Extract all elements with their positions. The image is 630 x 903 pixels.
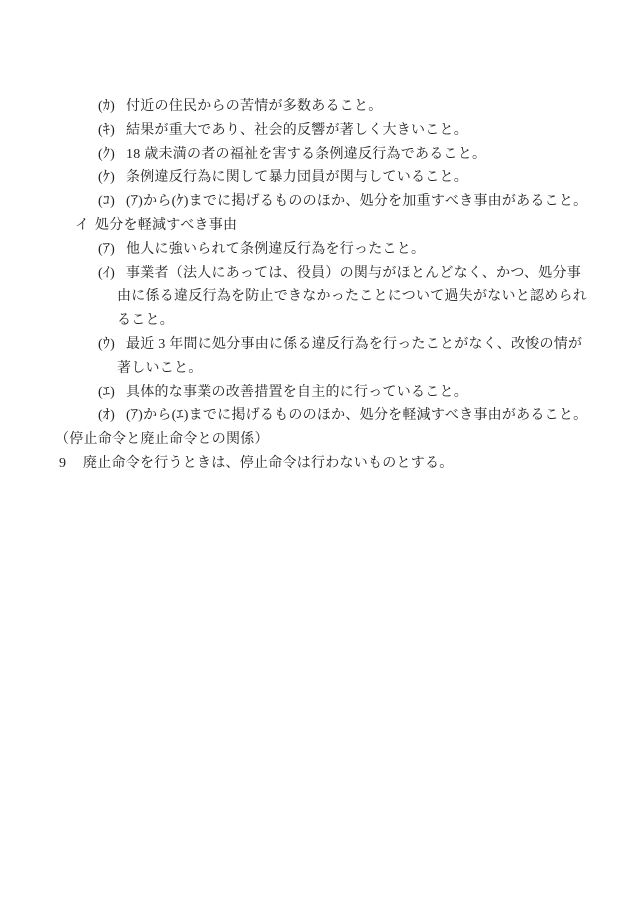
doc-line-section-heading: （停止命令と廃止命令との関係） — [0, 428, 630, 452]
heading-text: 処分を軽減すべき事由 — [95, 218, 237, 233]
doc-line-continuation: ること。 — [0, 309, 630, 333]
doc-line-item-ke: (ｹ)条例違反行為に関して暴力団員が関与していること。 — [0, 166, 630, 190]
item-marker: (ｲ) — [98, 262, 126, 286]
item-marker: (ｹ) — [98, 166, 126, 190]
item-marker: (ｷ) — [98, 119, 126, 143]
doc-line-item-ka: (ｶ)付近の住民からの苦情が多数あること。 — [0, 95, 630, 119]
item-marker: (ｵ) — [98, 404, 126, 428]
article-text: 廃止命令を行うときは、停止命令は行わないものとする。 — [83, 456, 454, 471]
item-marker: (ｳ) — [98, 333, 126, 357]
doc-line-item-o: (ｵ)(ｱ)から(ｴ)までに掲げるもののほか、処分を軽減すべき事由があること。 — [0, 404, 630, 428]
item-text: 具体的な事業の改善措置を自主的に行っていること。 — [126, 385, 468, 400]
item-marker: (ｱ) — [98, 238, 126, 262]
doc-line-item-ku: (ｸ)18 歳未満の者の福祉を害する条例違反行為であること。 — [0, 143, 630, 167]
doc-line-item-ko: (ｺ)(ｱ)から(ｹ)までに掲げるもののほか、処分を加重すべき事由があること。 — [0, 190, 630, 214]
doc-line-item-ki: (ｷ)結果が重大であり、社会的反響が著しく大きいこと。 — [0, 119, 630, 143]
doc-line-continuation: 由に係る違反行為を防止できなかったことについて過失がないと認められ — [0, 285, 630, 309]
doc-line-continuation: 著しいこと。 — [0, 357, 630, 381]
doc-line-item-i2: (ｲ)事業者（法人にあっては、役員）の関与がほとんどなく、かつ、処分事 — [0, 262, 630, 286]
item-text: (ｱ)から(ｹ)までに掲げるもののほか、処分を加重すべき事由があること。 — [126, 194, 587, 209]
continuation-text: 由に係る違反行為を防止できなかったことについて過失がないと認められ — [117, 289, 587, 304]
item-text: 結果が重大であり、社会的反響が著しく大きいこと。 — [126, 123, 468, 138]
doc-line-item-u: (ｳ)最近 3 年間に処分事由に係る違反行為を行ったことがなく、改悛の情が — [0, 333, 630, 357]
heading-marker: イ — [75, 214, 95, 238]
doc-line-article-9: 9廃止命令を行うときは、停止命令は行わないものとする。 — [0, 452, 630, 476]
item-text: 条例違反行為に関して暴力団員が関与していること。 — [126, 170, 468, 185]
continuation-text: ること。 — [117, 313, 174, 328]
document-body: (ｶ)付近の住民からの苦情が多数あること。 (ｷ)結果が重大であり、社会的反響が… — [0, 95, 630, 476]
item-marker: (ｸ) — [98, 143, 126, 167]
item-text: 他人に強いられて条例違反行為を行ったこと。 — [126, 242, 425, 257]
section-heading-text: （停止命令と廃止命令との関係） — [55, 432, 269, 447]
item-text: 付近の住民からの苦情が多数あること。 — [126, 99, 383, 114]
item-text: (ｱ)から(ｴ)までに掲げるもののほか、処分を軽減すべき事由があること。 — [126, 408, 587, 423]
item-marker: (ｺ) — [98, 190, 126, 214]
document-page: (ｶ)付近の住民からの苦情が多数あること。 (ｷ)結果が重大であり、社会的反響が… — [0, 0, 630, 903]
item-text: 18 歳未満の者の福祉を害する条例違反行為であること。 — [126, 147, 486, 162]
doc-line-heading-i: イ処分を軽減すべき事由 — [0, 214, 630, 238]
article-number: 9 — [59, 452, 83, 476]
item-text: 事業者（法人にあっては、役員）の関与がほとんどなく、かつ、処分事 — [126, 266, 581, 281]
doc-line-item-e: (ｴ)具体的な事業の改善措置を自主的に行っていること。 — [0, 381, 630, 405]
continuation-text: 著しいこと。 — [117, 361, 203, 376]
item-marker: (ｶ) — [98, 95, 126, 119]
item-marker: (ｴ) — [98, 381, 126, 405]
doc-line-item-a: (ｱ)他人に強いられて条例違反行為を行ったこと。 — [0, 238, 630, 262]
item-text: 最近 3 年間に処分事由に係る違反行為を行ったことがなく、改悛の情が — [126, 337, 582, 352]
